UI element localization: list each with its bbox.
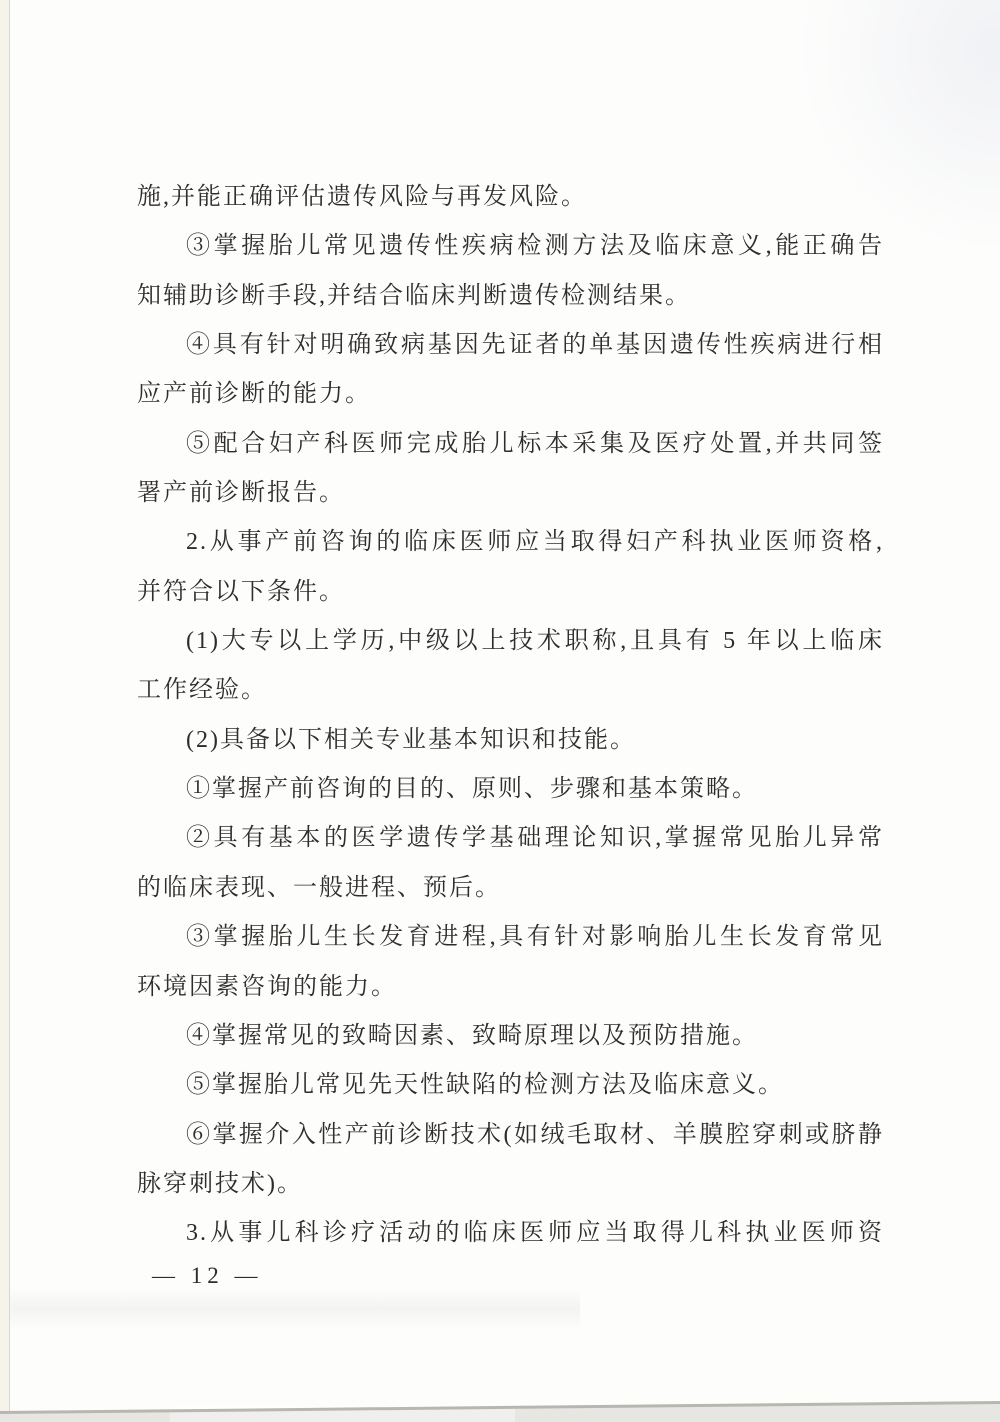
text-line: 施,并能正确评估遗传风险与再发风险。: [137, 173, 884, 222]
text-line: 署产前诊断报告。: [137, 469, 884, 518]
text-line: 工作经验。: [137, 666, 884, 715]
text-line: ②具有基本的医学遗传学基础理论知识,掌握常见胎儿异常: [137, 814, 884, 863]
text-line: (2)具备以下相关专业基本知识和技能。: [137, 716, 884, 765]
text-line: ③掌握胎儿生长发育进程,具有针对影响胎儿生长发育常见: [137, 913, 884, 962]
document-text-block: 施,并能正确评估遗传风险与再发风险。 ③掌握胎儿常见遗传性疾病检测方法及临床意义…: [137, 173, 884, 1259]
scan-left-edge-line: [9, 0, 10, 1422]
text-line: 环境因素咨询的能力。: [137, 963, 884, 1012]
scan-noise-band: [0, 1288, 580, 1330]
text-line: ①掌握产前咨询的目的、原则、步骤和基本策略。: [137, 765, 884, 814]
scanned-page: 施,并能正确评估遗传风险与再发风险。 ③掌握胎儿常见遗传性疾病检测方法及临床意义…: [0, 0, 1000, 1422]
text-line: 脉穿刺技术)。: [137, 1160, 884, 1209]
text-line: ⑥掌握介入性产前诊断技术(如绒毛取材、羊膜腔穿刺或脐静: [137, 1111, 884, 1160]
text-line: 并符合以下条件。: [137, 568, 884, 617]
text-line: ④具有针对明确致病基因先证者的单基因遗传性疾病进行相: [137, 321, 884, 370]
text-line: ⑤配合妇产科医师完成胎儿标本采集及医疗处置,并共同签: [137, 420, 884, 469]
text-line: 的临床表现、一般进程、预后。: [137, 864, 884, 913]
text-line: ④掌握常见的致畸因素、致畸原理以及预防措施。: [137, 1012, 884, 1061]
text-line: 2.从事产前咨询的临床医师应当取得妇产科执业医师资格,: [137, 518, 884, 567]
text-line: 知辅助诊断手段,并结合临床判断遗传检测结果。: [137, 272, 884, 321]
page-number: — 12 —: [152, 1263, 263, 1289]
text-line: 应产前诊断的能力。: [137, 370, 884, 419]
text-line: (1)大专以上学历,中级以上技术职称,且具有 5 年以上临床: [137, 617, 884, 666]
scan-left-edge: [0, 0, 9, 1422]
text-line: ③掌握胎儿常见遗传性疾病检测方法及临床意义,能正确告: [137, 222, 884, 271]
text-line: ⑤掌握胎儿常见先天性缺陷的检测方法及临床意义。: [137, 1061, 884, 1110]
text-line: 3.从事儿科诊疗活动的临床医师应当取得儿科执业医师资: [137, 1209, 884, 1258]
